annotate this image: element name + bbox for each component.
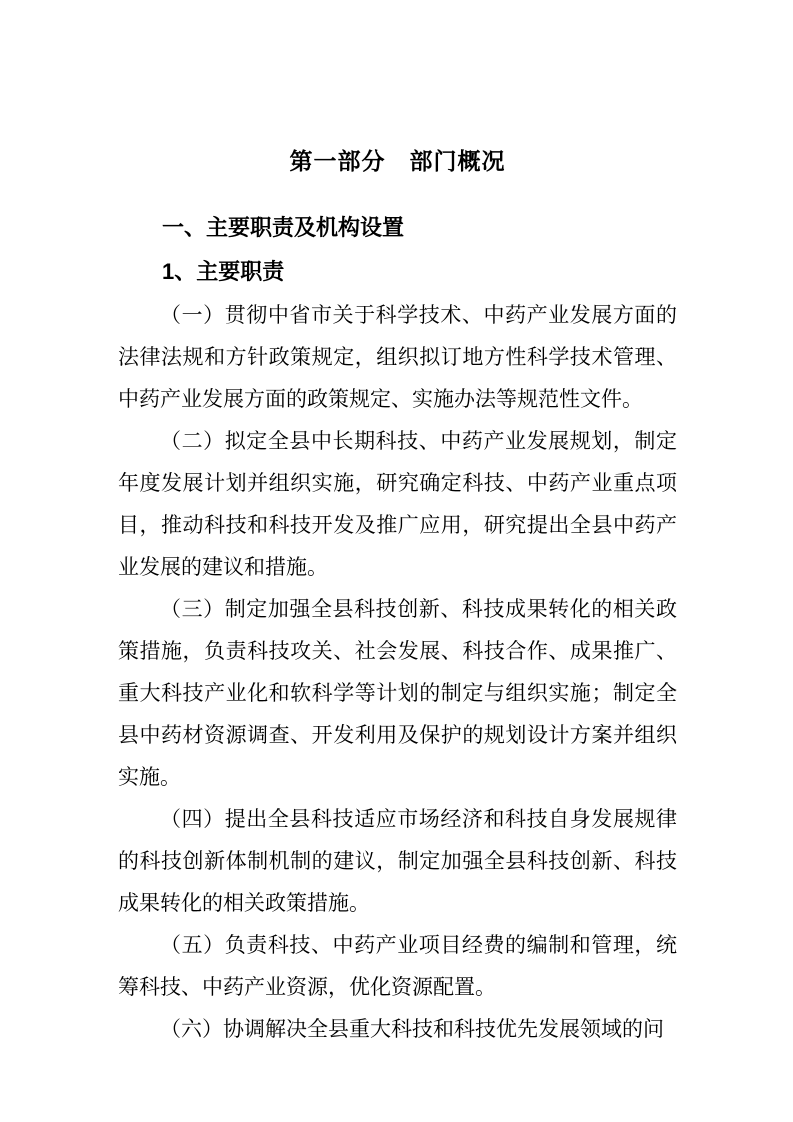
section-heading: 一、主要职责及机构设置 xyxy=(118,206,677,250)
subsection-heading: 1、主要职责 xyxy=(118,250,677,294)
paragraph: （六）协调解决全县重大科技和科技优先发展领域的问 xyxy=(118,1008,677,1050)
paragraph: （二）拟定全县中长期科技、中药产业发展规划，制定年度发展计划并组织实施，研究确定… xyxy=(118,420,677,588)
paragraph: （五）负责科技、中药产业项目经费的编制和管理，统筹科技、中药产业资源，优化资源配… xyxy=(118,924,677,1008)
document-body: （一）贯彻中省市关于科学技术、中药产业发展方面的法律法规和方针政策规定，组织拟订… xyxy=(118,294,677,1050)
paragraph: （三）制定加强全县科技创新、科技成果转化的相关政策措施，负责科技攻关、社会发展、… xyxy=(118,588,677,798)
page-title: 第一部分 部门概况 xyxy=(118,146,677,176)
paragraph: （四）提出全县科技适应市场经济和科技自身发展规律的科技创新体制机制的建议，制定加… xyxy=(118,798,677,924)
document-page: 第一部分 部门概况 一、主要职责及机构设置 1、主要职责 （一）贯彻中省市关于科… xyxy=(0,0,793,1122)
paragraph: （一）贯彻中省市关于科学技术、中药产业发展方面的法律法规和方针政策规定，组织拟订… xyxy=(118,294,677,420)
